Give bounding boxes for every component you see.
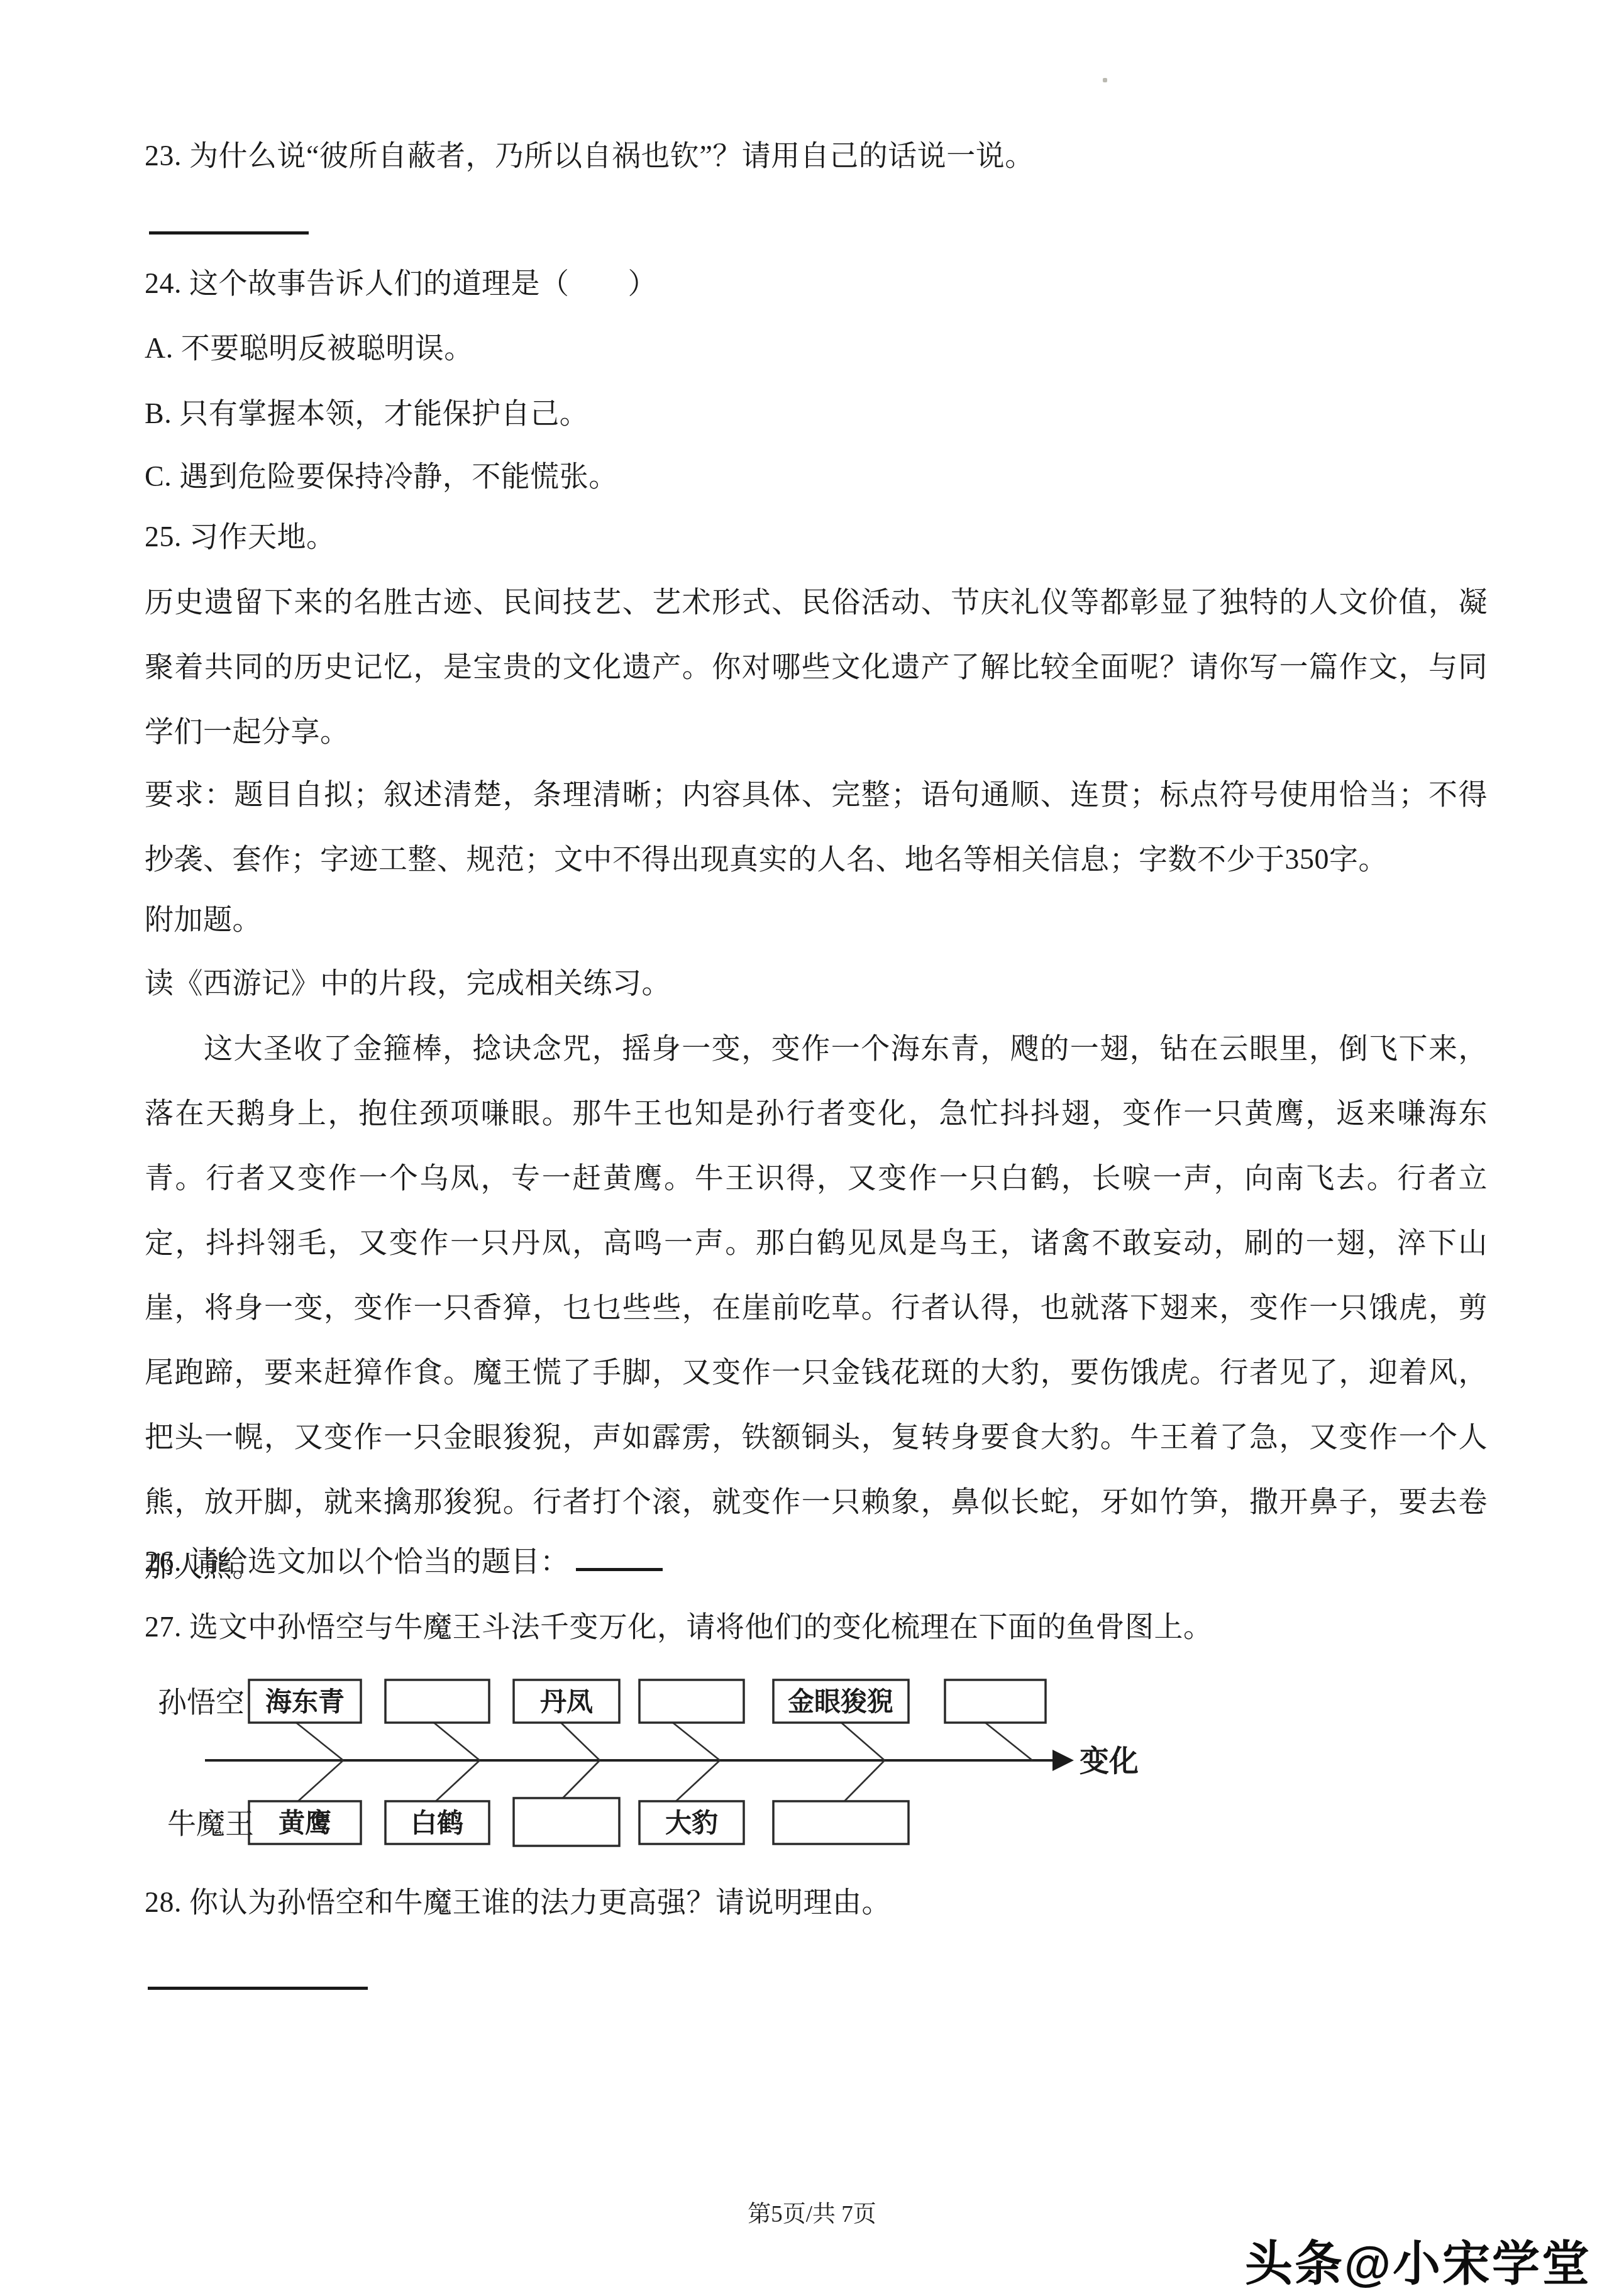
answer-blank-q23 (149, 231, 309, 235)
question-26: 26. 请给选文加以个恰当的题目： (145, 1529, 1488, 1594)
fishbone-rib (673, 1723, 720, 1760)
scan-artifact-dot (1103, 78, 1107, 82)
fishbone-label-niumowang: 牛魔王 (167, 1808, 254, 1840)
question-23: 23. 为什么说“彼所自蔽者，乃所以自祸也钦”？请用自己的话说一说。 (145, 123, 1488, 188)
question-24-option-b: B. 只有掌握本领，才能保护自己。 (145, 381, 1488, 446)
fishbone-rib (434, 1723, 480, 1760)
exam-page: 23. 为什么说“彼所自蔽者，乃所以自祸也钦”？请用自己的话说一说。 24. 这… (0, 0, 1624, 2296)
question-28: 28. 你认为孙悟空和牛魔王谁的法力更高强？请说明理由。 (145, 1870, 1488, 1934)
question-25: 25. 习作天地。 (145, 504, 1488, 569)
fishbone-box-bottom-5 (773, 1801, 909, 1844)
fishbone-rib (676, 1760, 720, 1801)
fishbone-rib (563, 1760, 600, 1798)
question-24: 24. 这个故事告诉人们的道理是（ ） (145, 251, 1488, 316)
answer-blank-q26 (576, 1543, 663, 1571)
fishbone-box-top-5-label: 金眼狻猊 (788, 1687, 893, 1717)
question-25-requirements: 要求：题目自拟；叙述清楚，条理清晰；内容具体、完整；语句通顺、连贯；标点符号使用… (145, 762, 1488, 891)
fishbone-box-top-2 (385, 1680, 489, 1723)
fishbone-box-top-1-label: 海东青 (265, 1687, 345, 1717)
answer-blank-q28 (148, 1987, 368, 1990)
bonus-section-title: 附加题。 (145, 887, 1488, 952)
watermark: 头条@小宋学堂 (1245, 2226, 1591, 2294)
question-26-text: 26. 请给选文加以个恰当的题目： (145, 1545, 570, 1577)
fishbone-rib (985, 1723, 1032, 1760)
fishbone-rib (298, 1760, 343, 1801)
question-24-option-a: A. 不要聪明反被聪明误。 (145, 316, 1488, 380)
fishbone-box-top-6 (945, 1680, 1046, 1723)
fishbone-box-bottom-3 (514, 1798, 619, 1846)
fishbone-box-bottom-2-label: 白鹤 (411, 1809, 463, 1838)
fishbone-rib (844, 1760, 885, 1801)
fishbone-box-top-3-label: 丹凤 (540, 1688, 593, 1717)
fishbone-rib (296, 1723, 343, 1760)
question-24-option-c: C. 遇到危险要保持冷静，不能慌张。 (145, 444, 1488, 509)
fishbone-rib (436, 1760, 480, 1801)
fishbone-box-top-4 (639, 1680, 744, 1723)
fishbone-arrow-icon (1052, 1750, 1074, 1771)
fishbone-rib (841, 1723, 885, 1760)
fishbone-box-bottom-1-label: 黄鹰 (279, 1809, 331, 1838)
fishbone-diagram: 变化 孙悟空 牛魔王 海东青 丹凤 金眼狻猊 (145, 1669, 1163, 1889)
bonus-section-intro: 读《西游记》中的片段，完成相关练习。 (145, 951, 1488, 1015)
question-25-intro: 历史遗留下来的名胜古迹、民间技艺、艺术形式、民俗活动、节庆礼仪等都彰显了独特的人… (145, 570, 1488, 764)
fishbone-box-bottom-4-label: 大豹 (665, 1809, 718, 1838)
question-27: 27. 选文中孙悟空与牛魔王斗法千变万化，请将他们的变化梳理在下面的鱼骨图上。 (145, 1594, 1488, 1659)
fishbone-rib (561, 1723, 600, 1760)
reading-passage: 这大圣收了金箍棒，捻诀念咒，摇身一变，变作一个海东青，飕的一翅，钻在云眼里，倒飞… (145, 1016, 1488, 1599)
fishbone-axis-label: 变化 (1080, 1745, 1139, 1778)
fishbone-label-sunwukong: 孙悟空 (158, 1686, 245, 1718)
